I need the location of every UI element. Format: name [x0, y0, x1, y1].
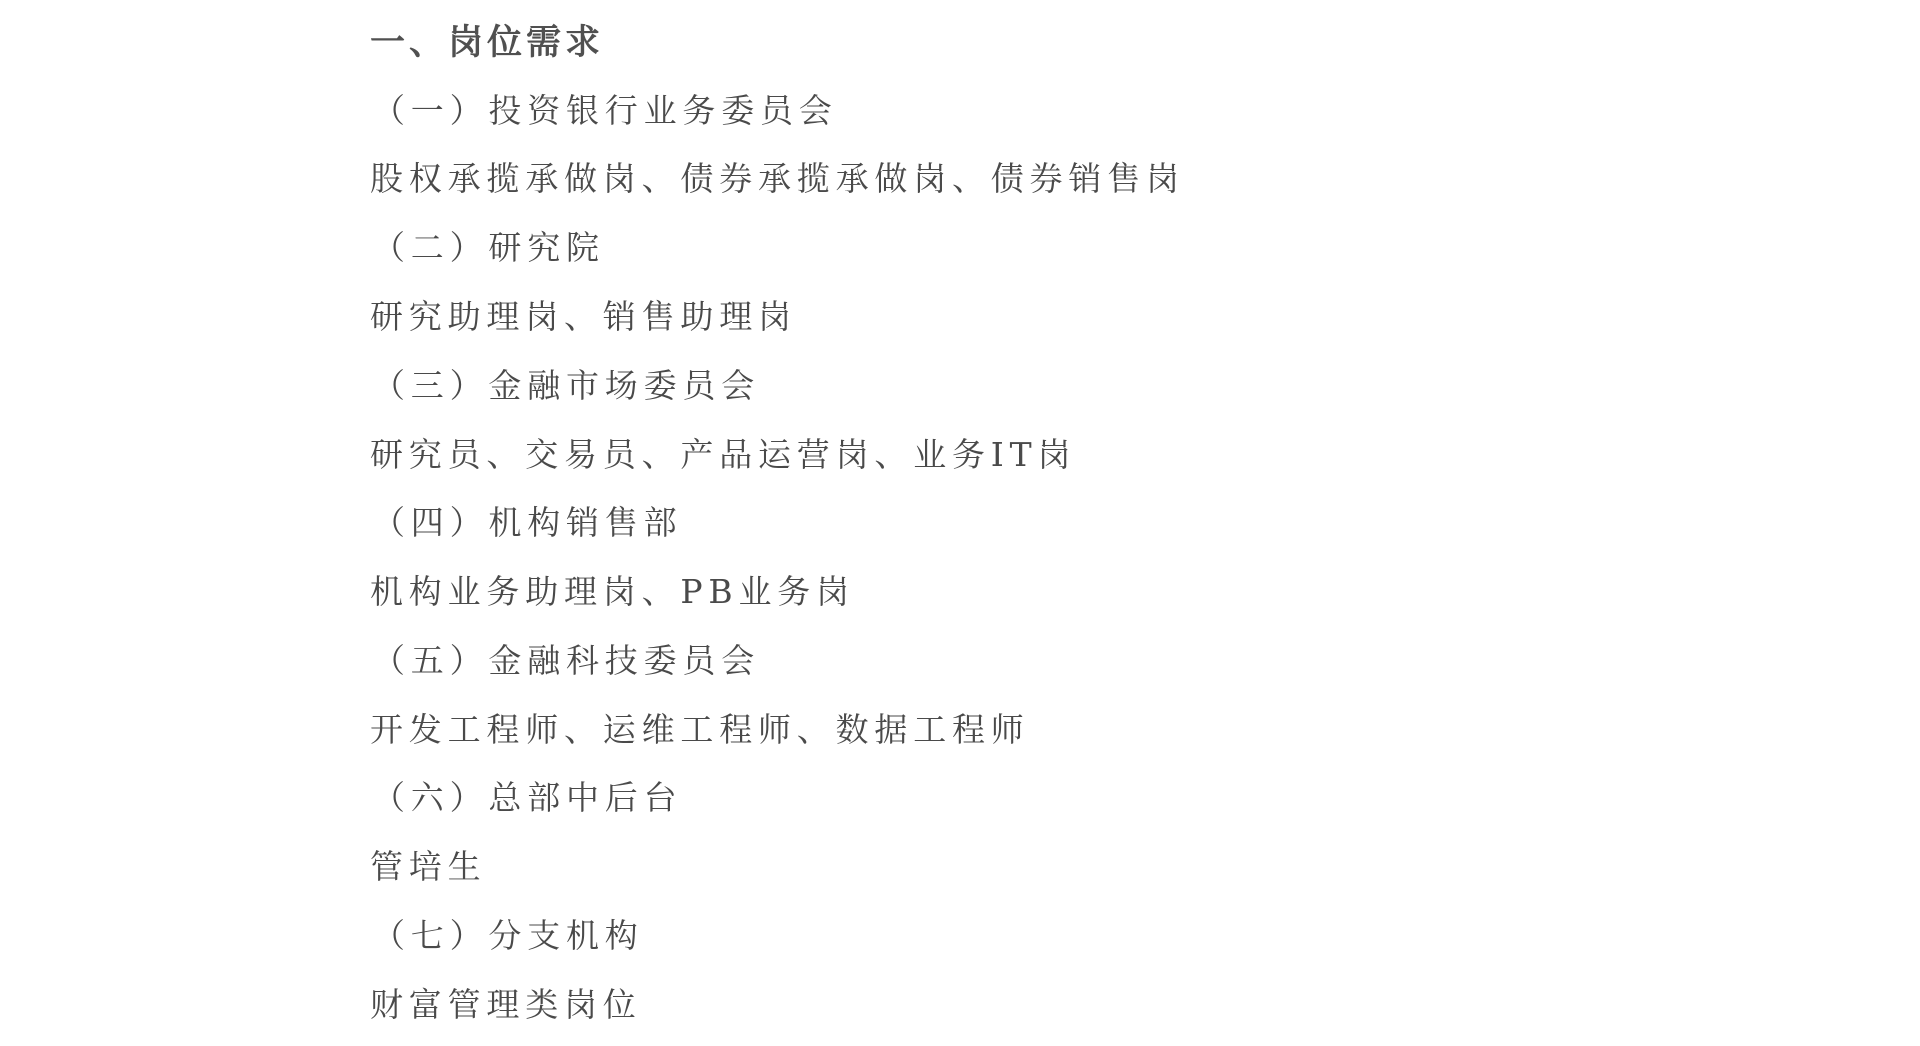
positions-investment-banking: 股权承揽承做岗、债券承揽承做岗、债券销售岗 [370, 156, 1185, 202]
department-title-institutional-sales: （四）机构销售部 [372, 500, 682, 546]
positions-financial-markets: 研究员、交易员、产品运营岗、业务IT岗 [370, 432, 1076, 478]
department-title-financial-markets: （三）金融市场委员会 [372, 363, 760, 409]
positions-fintech: 开发工程师、运维工程师、数据工程师 [370, 707, 1030, 753]
department-title-branches: （七）分支机构 [372, 913, 644, 959]
section-heading: 一、岗位需求 [370, 20, 604, 66]
positions-headquarters: 管培生 [370, 844, 486, 890]
department-title-research-institute: （二）研究院 [372, 225, 605, 271]
department-title-headquarters: （六）总部中后台 [372, 775, 682, 821]
positions-branches: 财富管理类岗位 [370, 982, 642, 1028]
positions-institutional-sales: 机构业务助理岗、PB业务岗 [370, 569, 855, 615]
positions-research-institute: 研究助理岗、销售助理岗 [370, 294, 797, 340]
department-title-fintech: （五）金融科技委员会 [372, 638, 760, 684]
department-title-investment-banking: （一）投资银行业务委员会 [372, 88, 838, 134]
